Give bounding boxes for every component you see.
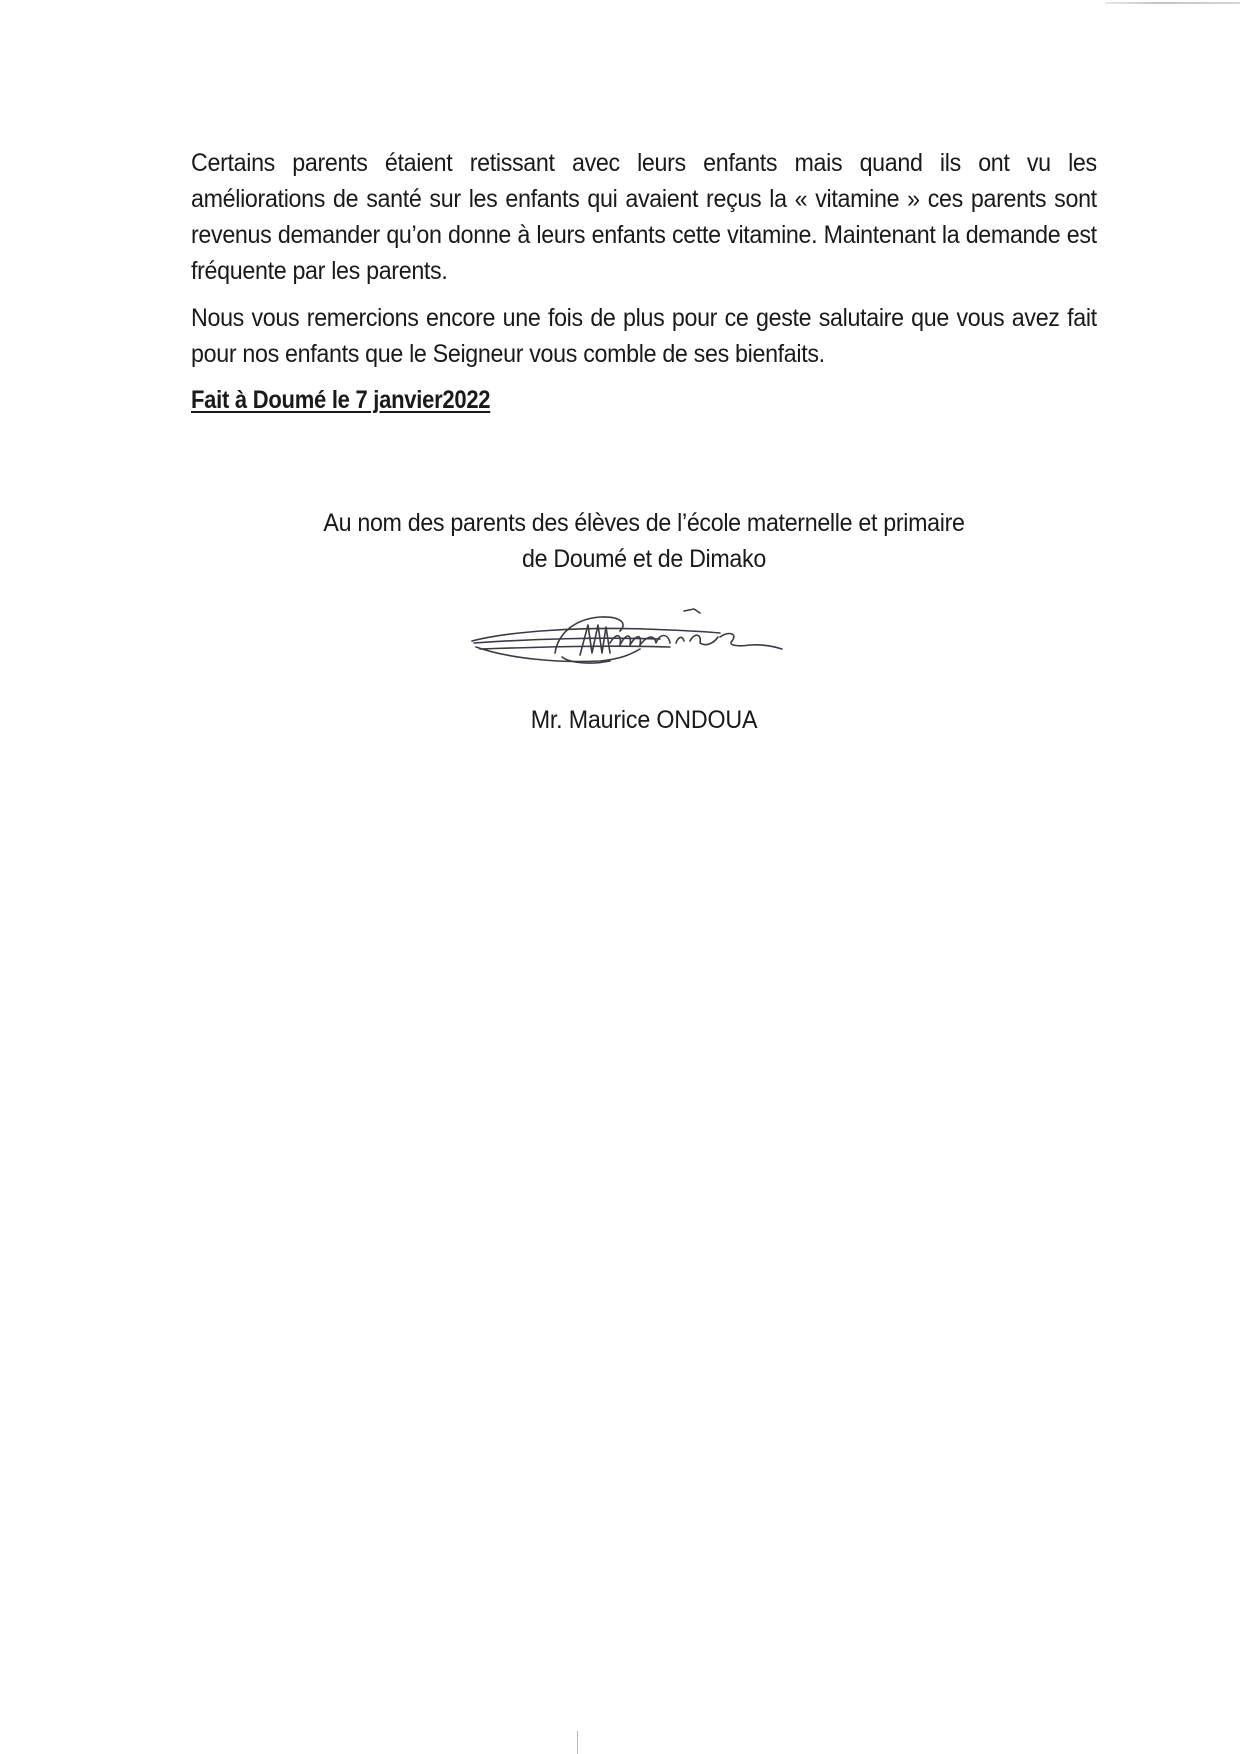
on-behalf-line-1: Au nom des parents des élèves de l’école… [223,505,1066,541]
signer-name: Mr. Maurice ONDOUA [223,702,1066,738]
signature-icon [470,603,810,683]
scan-edge-artifact [1105,2,1240,4]
date-place-line: Fait à Doumé le 7 janvier2022 [191,382,490,418]
scan-edge-artifact [577,1731,578,1754]
on-behalf-block: Au nom des parents des élèves de l’école… [191,505,1097,577]
on-behalf-line-2: de Doumé et de Dimako [223,541,1066,577]
paragraph-thanks: Nous vous remercions encore une fois de … [191,300,1097,372]
paragraph-parents-demand: Certains parents étaient retissant avec … [191,145,1097,289]
letter-body: Certains parents étaient retissant avec … [191,145,1097,418]
